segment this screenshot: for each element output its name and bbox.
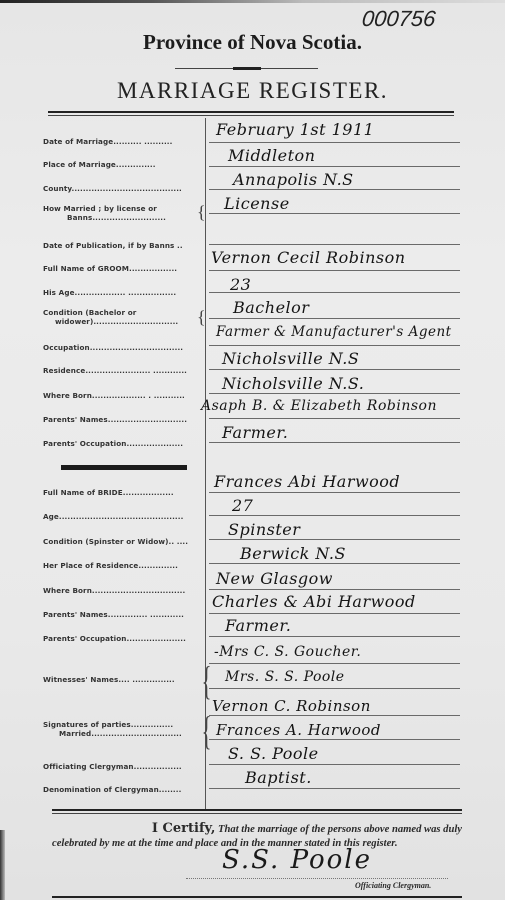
signature-line (186, 878, 448, 879)
section-separator-bar (61, 465, 187, 470)
province-heading: Province of Nova Scotia. (0, 30, 505, 55)
value-her-residence: Berwick N.S (240, 544, 346, 563)
label-place-of-marriage: Place of Marriage.............. (43, 160, 203, 169)
value-parents-names-bride: Charles & Abi Harwood (212, 592, 416, 611)
register-title: MARRIAGE REGISTER. (0, 78, 505, 104)
value-how-married: License (224, 194, 290, 213)
header-rule (48, 111, 454, 116)
label-where-born-bride: Where Born..............................… (43, 586, 203, 595)
certify-line-1: I Certify, That the marriage of the pers… (52, 822, 462, 837)
field-line (209, 270, 460, 271)
label-groom-name: Full Name of GROOM................. (43, 264, 203, 273)
value-witness-1: -Mrs C. S. Goucher. (214, 644, 361, 660)
field-line (209, 189, 460, 190)
field-line (209, 715, 460, 716)
label-line: Signatures of parties............... (43, 720, 173, 729)
value-parents-occupation-groom: Farmer. (222, 423, 288, 442)
label-date-of-publication: Date of Publication, if by Banns .. (43, 241, 203, 250)
signature-caption: Officiating Clergyman. (355, 881, 431, 890)
field-line (209, 788, 460, 789)
value-residence: Nicholsville N.S (222, 349, 359, 368)
field-line (209, 613, 460, 614)
label-line: widower).............................. (43, 317, 178, 326)
field-line (209, 764, 460, 765)
label-county: County..................................… (43, 184, 203, 193)
value-where-born-bride: New Glasgow (216, 569, 333, 588)
label-line: How Married ; by license or (43, 204, 157, 213)
serial-number: 000756 (361, 6, 437, 32)
label-line: Condition (Bachelor or (43, 308, 136, 317)
field-line (209, 369, 460, 370)
brace: { (197, 202, 206, 223)
value-witness-2: Mrs. S. S. Poole (225, 669, 345, 685)
field-line (209, 589, 460, 590)
label-occupation: Occupation..............................… (43, 343, 203, 352)
label-line: Banns.......................... (43, 213, 166, 222)
footer-rule (52, 809, 462, 814)
label-parents-names-bride: Parents' Names.............. ...........… (43, 610, 203, 619)
label-residence: Residence....................... .......… (43, 366, 203, 375)
value-place-of-marriage: Middleton (228, 146, 315, 165)
field-line (209, 345, 460, 346)
field-line (209, 539, 460, 540)
field-line (209, 563, 460, 564)
value-denomination: Baptist. (245, 768, 312, 787)
scan-edge-shadow-left (0, 830, 5, 900)
register-page: 000756 Province of Nova Scotia. MARRIAGE… (0, 0, 505, 900)
value-parents-names-groom: Asaph B. & Elizabeth Robinson (201, 398, 437, 414)
field-line (209, 166, 460, 167)
field-line (209, 244, 460, 245)
clergyman-signature: S.S. Poole (222, 845, 372, 875)
field-line (209, 688, 460, 689)
field-line (209, 318, 460, 319)
label-denomination: Denomination of Clergyman........ (43, 785, 203, 794)
value-where-born-groom: Nicholsville N.S. (222, 374, 364, 393)
certify-text-1: That the marriage of the persons above n… (218, 824, 462, 835)
bottom-rule (52, 896, 462, 900)
field-line (209, 213, 460, 214)
field-line (209, 442, 460, 443)
signature-bride: Frances A. Harwood (216, 721, 381, 739)
label-where-born-groom: Where Born................... . ........… (43, 391, 203, 400)
value-officiating-clergyman: S. S. Poole (228, 744, 319, 763)
label-witnesses: Witnesses' Names.... ............... (43, 675, 203, 684)
label-parents-occupation-groom: Parents' Occupation.................... (43, 439, 203, 448)
field-line (209, 492, 460, 493)
certify-lead: I Certify, (152, 821, 215, 836)
signature-groom: Vernon C. Robinson (212, 697, 371, 715)
label-date-of-marriage: Date of Marriage.......... .......... (43, 137, 203, 146)
label-bride-name: Full Name of BRIDE.................. (43, 488, 203, 497)
field-line (209, 739, 460, 740)
value-county: Annapolis N.S (233, 170, 354, 189)
value-condition-bride: Spinster (228, 520, 300, 539)
label-signatures: Signatures of parties............... Mar… (43, 720, 203, 738)
value-bride-name: Frances Abi Harwood (214, 472, 400, 491)
value-bride-age: 27 (232, 496, 253, 515)
value-parents-occupation-bride: Farmer. (225, 616, 291, 635)
brace: { (197, 307, 206, 328)
field-line (209, 636, 460, 637)
label-parents-names-groom: Parents' Names..........................… (43, 415, 203, 424)
field-line (209, 515, 460, 516)
label-officiating-clergyman: Officiating Clergyman................. (43, 762, 203, 771)
value-occupation: Farmer & Manufacturer's Agent (216, 324, 452, 340)
value-his-age: 23 (230, 275, 251, 294)
value-date-of-marriage: February 1st 1911 (216, 120, 374, 139)
label-condition-bride: Condition (Spinster or Widow).. .... (43, 537, 203, 546)
field-line (209, 418, 460, 419)
field-line (209, 663, 460, 664)
field-line (209, 142, 460, 143)
label-her-residence: Her Place of Residence.............. (43, 561, 203, 570)
label-how-married: How Married ; by license or Banns.......… (43, 204, 203, 222)
value-groom-name: Vernon Cecil Robinson (211, 248, 406, 267)
brace: { (202, 657, 212, 704)
scan-edge-shadow (0, 0, 505, 3)
label-condition-groom: Condition (Bachelor or widower).........… (43, 308, 203, 326)
label-line: Married................................ (43, 729, 182, 738)
label-parents-occupation-bride: Parents' Occupation..................... (43, 634, 203, 643)
label-bride-age: Age.....................................… (43, 512, 203, 521)
ornament-divider (175, 67, 318, 70)
label-his-age: His Age.................. ..............… (43, 288, 203, 297)
field-line (209, 393, 460, 394)
value-condition-groom: Bachelor (233, 298, 309, 317)
